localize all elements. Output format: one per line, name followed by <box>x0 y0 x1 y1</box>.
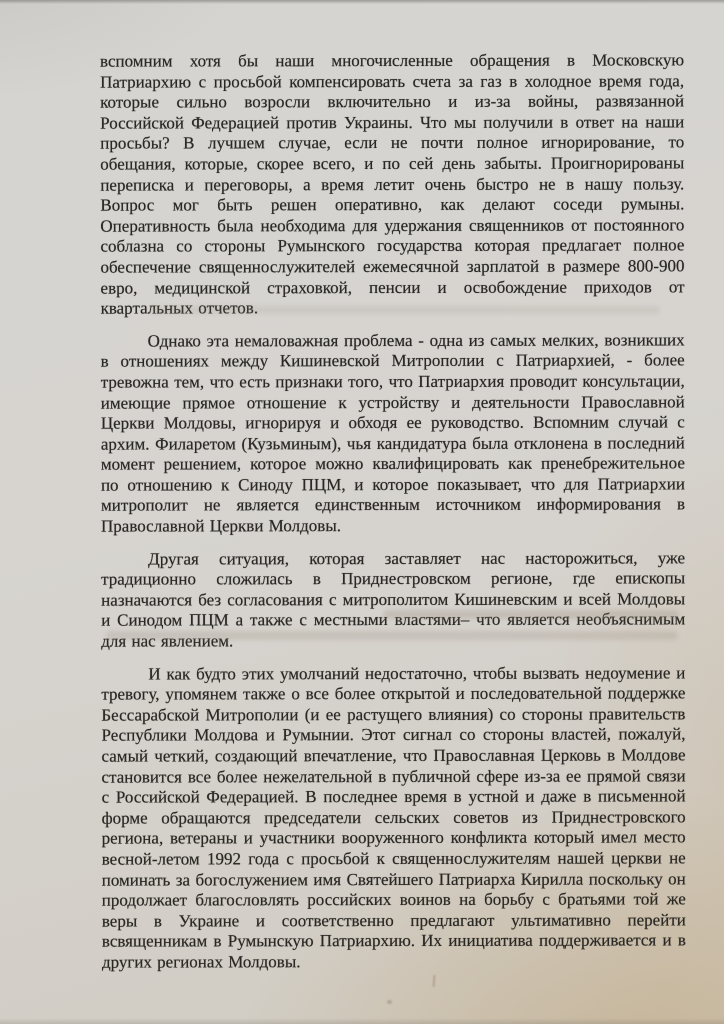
scanned-document-page: вспомним хотя бы наши многочисленные обр… <box>0 0 724 1024</box>
paragraph-3: Другая ситуация, которая заставляет нас … <box>101 548 685 652</box>
document-text-block: вспомним хотя бы наши многочисленные обр… <box>100 50 686 985</box>
paragraph-1: вспомним хотя бы наши многочисленные обр… <box>100 50 685 319</box>
paragraph-2: Однако эта немаловажная проблема - одна … <box>101 330 685 537</box>
paper-speck-artifact <box>387 1000 392 1004</box>
paragraph-4: И как будто этих умолчаний недостаточно,… <box>101 663 686 973</box>
